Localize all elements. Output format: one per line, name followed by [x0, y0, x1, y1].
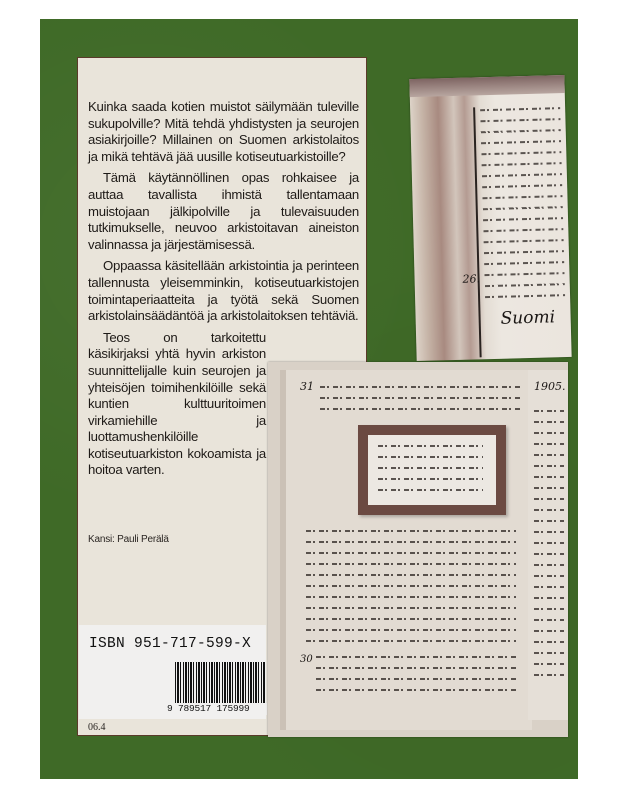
handwriting-lines: [480, 107, 565, 307]
script-heading: Suomi: [500, 307, 555, 328]
page-number: 26.: [462, 272, 480, 285]
handwriting-lines: [320, 386, 520, 419]
manuscript-photo-bottom: 31 30 1905.: [268, 362, 568, 737]
manuscript-photo-top: 26. Suomi: [409, 75, 571, 361]
margin-rule: [473, 107, 481, 357]
blurb-paragraph-2: Tämä käytännöllinen opas rohkaisee ja au…: [88, 170, 359, 253]
pasted-card-frame: [358, 425, 506, 515]
handwriting-lines: [534, 410, 564, 685]
cover-credit: Kansi: Pauli Perälä: [88, 534, 169, 545]
blurb-paragraph-4: Teos on tarkoitettu käsikirjaksi yhtä hy…: [88, 330, 266, 479]
barcode-icon: [175, 662, 265, 708]
calling-card: [368, 435, 496, 505]
page-year: 1905.: [534, 380, 566, 393]
book-back-cover: Kuinka saada kotien muistot säilymään tu…: [40, 19, 578, 779]
barcode-digits: 9 789517 175999: [167, 703, 267, 715]
handwriting-lines: [306, 530, 516, 651]
entry-number: 30: [300, 654, 313, 665]
blurb-paragraph-1: Kuinka saada kotien muistot säilymään tu…: [88, 99, 359, 165]
album-page-left: 31 30: [280, 370, 532, 730]
isbn-block: ISBN 951-717-599-X 9 789517 175999: [79, 625, 266, 719]
blurb-paragraph-3: Oppaassa käsitellään arkistointia ja per…: [88, 258, 359, 324]
album-page-right: 1905.: [528, 370, 568, 720]
ledger-binding: [409, 75, 564, 97]
handwriting-lines: [316, 656, 516, 700]
left-page-number: 31: [300, 380, 314, 393]
isbn-number: ISBN 951-717-599-X: [89, 636, 251, 652]
price-code: 06.4: [88, 722, 106, 733]
card-handwriting: [378, 445, 483, 500]
